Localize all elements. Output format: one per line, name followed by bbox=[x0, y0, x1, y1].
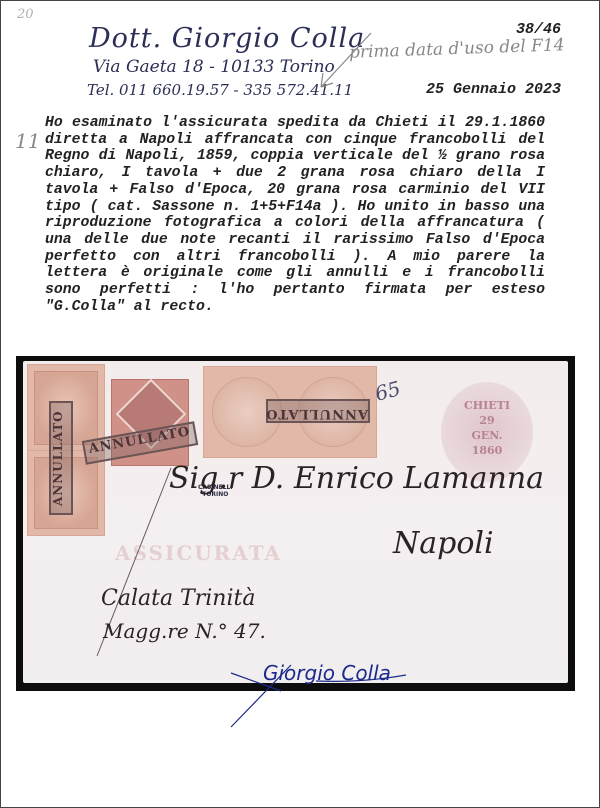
expert-signature: Giorgio Colla bbox=[263, 661, 391, 685]
address-street: Calata Trinità bbox=[101, 586, 255, 611]
envelope-cover: ANNULLATO ANNULLATO ANNULLATO 65 CHIETI … bbox=[23, 361, 568, 683]
address-recipient: Sig.r D. Enrico Lamanna bbox=[169, 461, 544, 496]
postmark-year: 1860 bbox=[441, 443, 533, 458]
corner-number: 20 bbox=[17, 7, 34, 22]
margin-mark: 11 bbox=[15, 129, 40, 153]
certificate-date: 25 Gennaio 2023 bbox=[426, 81, 561, 98]
pencil-number: 65 bbox=[372, 376, 403, 406]
handwritten-note: prima data d'uso del F14 bbox=[349, 35, 565, 63]
address-number: Magg.re N.° 47. bbox=[103, 619, 266, 643]
cancel-annullato-vertical: ANNULLATO bbox=[49, 401, 73, 515]
postmark-month: GEN. bbox=[441, 428, 533, 443]
postmark-town: CHIETI bbox=[441, 398, 533, 413]
postmark-day: 29 bbox=[441, 413, 533, 428]
certificate-page: 20 Dott. Giorgio Colla Via Gaeta 18 - 10… bbox=[0, 0, 600, 808]
address-city: Napoli bbox=[393, 526, 494, 561]
cancel-annullato-horizontal: ANNULLATO bbox=[266, 399, 370, 423]
certificate-text: Ho esaminato l'assicurata spedita da Chi… bbox=[45, 115, 545, 315]
letter-photo: ANNULLATO ANNULLATO ANNULLATO 65 CHIETI … bbox=[16, 356, 575, 691]
